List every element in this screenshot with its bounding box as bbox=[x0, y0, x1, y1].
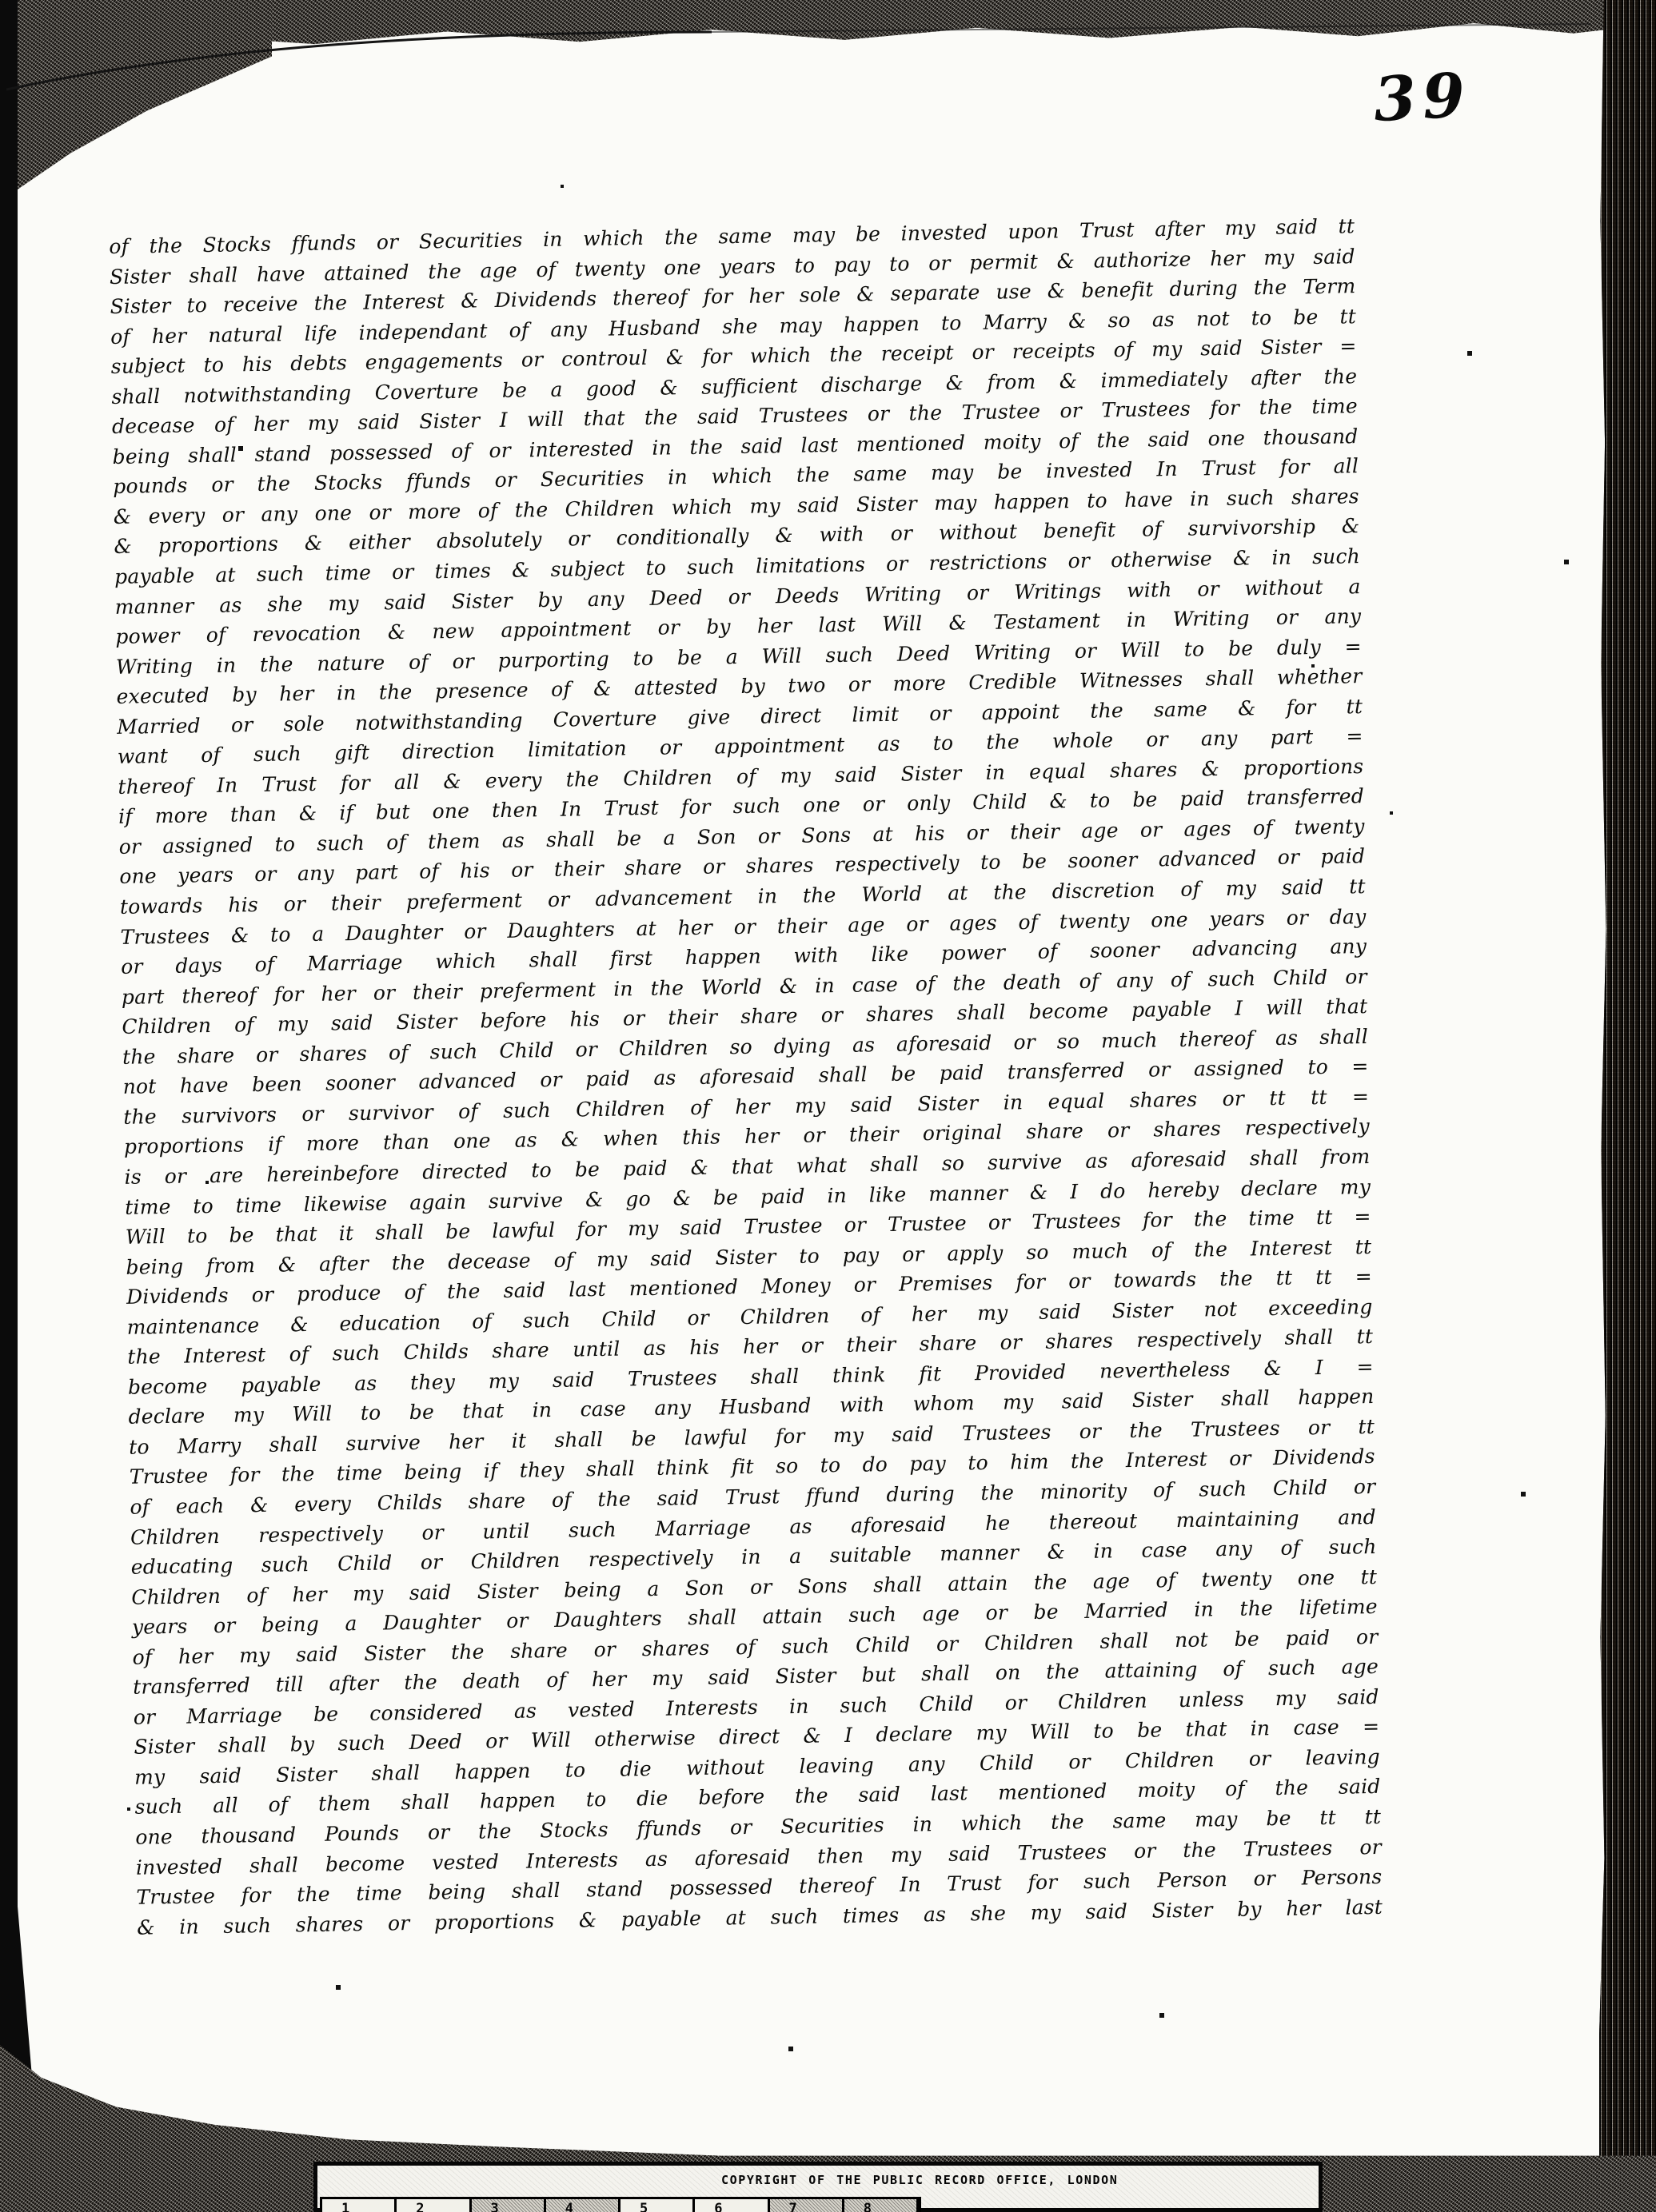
ruler-cell: 7 bbox=[770, 2199, 844, 2212]
ruler-cell: 3 bbox=[472, 2199, 546, 2212]
microfilm-scan-frame: 39 of the Stocks ffunds or Securities in… bbox=[0, 0, 1656, 2212]
ruler-cell: 4 bbox=[546, 2199, 621, 2212]
ruler-cell: 2 bbox=[397, 2199, 471, 2212]
film-right-edge bbox=[1599, 0, 1656, 2212]
ruler-cell: 6 bbox=[695, 2199, 769, 2212]
page-top-edge-line bbox=[0, 0, 1599, 104]
folio-page-number: 39 bbox=[1372, 65, 1473, 130]
ruler-cell: 8 bbox=[844, 2199, 919, 2212]
film-left-edge bbox=[0, 0, 18, 2212]
ruler-cell: 1 bbox=[322, 2199, 397, 2212]
manuscript-text-block: of the Stocks ffunds or Securities in wh… bbox=[109, 211, 1383, 1943]
measuring-ruler: 12345678 bbox=[320, 2197, 921, 2212]
copyright-label: COPYRIGHT OF THE PUBLIC RECORD OFFICE, L… bbox=[721, 2172, 1118, 2188]
ruler-cell: 5 bbox=[621, 2199, 695, 2212]
